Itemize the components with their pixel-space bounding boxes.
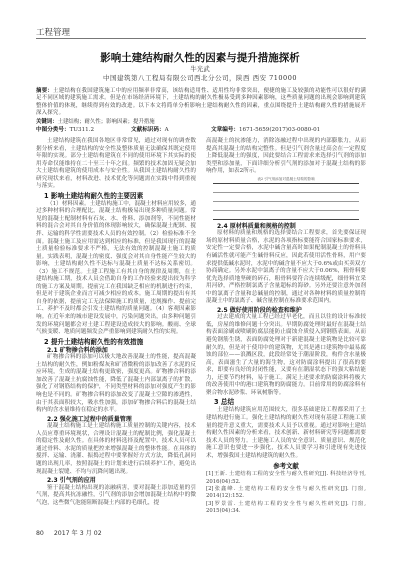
document-code-value: A — [165, 127, 169, 133]
article-title: 影响土建结构耐久性的因素与提升措施探析 — [0, 50, 400, 65]
document-code-label: 文献标识码： — [131, 127, 165, 133]
heading-section-2: 2 提升土建结构耐久性的有效措施 — [36, 338, 196, 346]
classification-label: 中图分类号： — [36, 127, 70, 133]
paragraph-section-2-5: 过去建成的大量工程已经过早老化，而且以往的设计标准较低，房屋的维修问题十分突出。… — [206, 314, 366, 397]
classification-value: TU311.2 — [70, 127, 94, 133]
article-metadata: 中图分类号：TU311.2 文献标识码：A 文章编号：1671-5659(201… — [36, 125, 366, 133]
table-header-row — [213, 183, 359, 192]
references-heading: 参考文献 — [206, 462, 366, 471]
paragraph-section-2-4: 原材料的质量和规格的选择要结合工程要求，首先要保证现场的原材料质量合格，水泥的各… — [206, 230, 366, 305]
table-row — [213, 201, 359, 210]
reference-item: [1]王新. 土建结构工程的安全性与耐久性研究[J]. 科技经济导刊, 2016… — [206, 471, 366, 486]
paragraph-section-2-1: 矿物掺合料的添加可以极大地改善混凝土的性能，提高混凝土结构的耐久性，例如粉煤灰和… — [36, 354, 196, 414]
table-row — [213, 210, 359, 219]
paragraph-section-3: 土建结构建筑应用范围较大，很多基础建设工程都采用了土建结构进行施工。强化土建结构… — [206, 407, 366, 460]
article-number-label: 文章编号： — [211, 127, 239, 133]
abstract-label: 摘要： — [36, 88, 53, 94]
section-label: 工程管理 — [36, 26, 70, 38]
reference-item: [2]张鑫峰. 土建结构工程的安全性与耐久性研究[J]. 门窗, 2014(12… — [206, 486, 366, 501]
document-code: 文献标识码：A — [131, 125, 211, 133]
issue-info: 2017 年 3 月 02 — [54, 530, 102, 537]
journal-page: 工程管理 影响土建结构耐久性的因素与提升措施探析 牛光武 中国建筑第八工程局有限… — [0, 0, 400, 565]
reference-item: [3]罗景雷. 土建结构工程的安全性与耐久性研究[J]. 门窗, 2015(04… — [206, 501, 366, 516]
header-divider — [36, 38, 366, 39]
article-number-value: 1671-5659(2017)03-0080-01 — [239, 127, 320, 133]
heading-section-1: 1 影响土建结构耐久性的主要因素 — [36, 192, 196, 200]
right-column: 高混凝土的抗渗能力，消除冻融过程中出现的内部膨胀力，从而提高其混凝土的结构完整性… — [206, 138, 366, 516]
paragraph-section-2-3-continued: 高混凝土的抗渗能力，消除冻融过程中出现的内部膨胀力，从而提高其混凝土的结构完整性… — [206, 138, 366, 176]
keywords: 关键词：土建结构；耐久性；影响因素；提升措施 — [36, 117, 366, 125]
heading-section-2-3: 2.3 引气剂的应用 — [36, 477, 196, 485]
author-affiliation: 中国建筑第八工程局有限公司西北分公司，陕西 西安 710000 — [0, 73, 400, 82]
intro-paragraph: 土建结构建筑在我国各地区非常常见，通过对现有的调查数据分析来看，土建结构的安全性… — [36, 138, 196, 191]
left-column: 土建结构建筑在我国各地区非常常见，通过对现有的调查数据分析来看，土建结构的安全性… — [36, 138, 196, 507]
paragraph-section-2-2: 混凝土结构施工是土建结构施工质量控制的关键内容，技术人员应尊重环境现状，合理设计… — [36, 423, 196, 476]
paragraph-section-1: （1）材料因素。土建结构施工中，混凝土材料应用较多，通过多种材料的合理配比，混凝… — [36, 201, 196, 337]
table-row — [213, 192, 359, 201]
data-table — [213, 183, 359, 220]
paragraph-section-2-3: 鉴于混凝土结构出现的冻融病害，要对混凝土添加适量的引气剂，提高其抗冻融性，引气剂… — [36, 485, 196, 508]
article-author: 牛光武 — [0, 64, 400, 73]
page-footer: 80 2017 年 3 月 02 — [36, 528, 110, 537]
classification: 中图分类号：TU311.2 — [36, 125, 131, 133]
page-number: 80 — [36, 530, 44, 537]
abstract: 摘要：土建结构在我国建筑施工中的应用频率非常高，该结构适用性、适用性均非常突出，… — [36, 88, 366, 118]
abstract-text: 土建结构在我国建筑施工中的应用频率非常高，该结构适用性、适用性均非常突出，便捷的… — [36, 88, 366, 116]
table-caption: 表2 引气剂添加对混凝土结构的影响 — [206, 177, 366, 182]
article-number: 文章编号：1671-5659(2017)03-0080-01 — [211, 125, 320, 133]
heading-section-3: 3 总结 — [206, 398, 366, 406]
